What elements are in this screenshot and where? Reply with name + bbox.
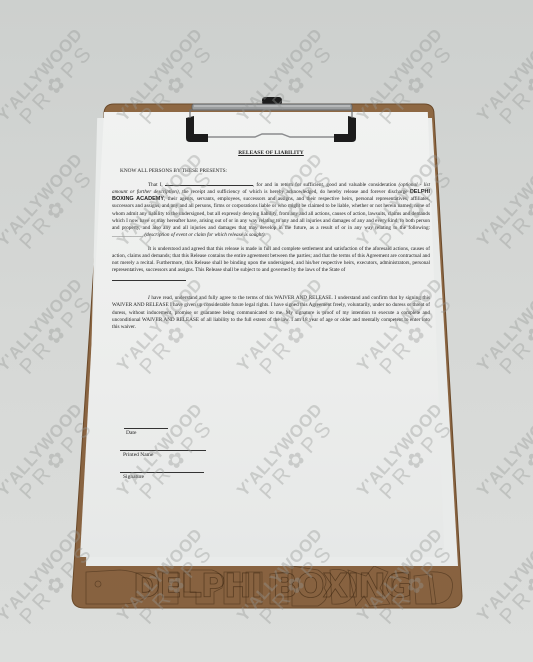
- clipboard-clip-icon: [0, 0, 533, 662]
- carved-board-text: DELPHI BOXING: [84, 568, 460, 604]
- photo-scene: RELEASE OF LIABILITY KNOW ALL PERSONS BY…: [0, 0, 533, 662]
